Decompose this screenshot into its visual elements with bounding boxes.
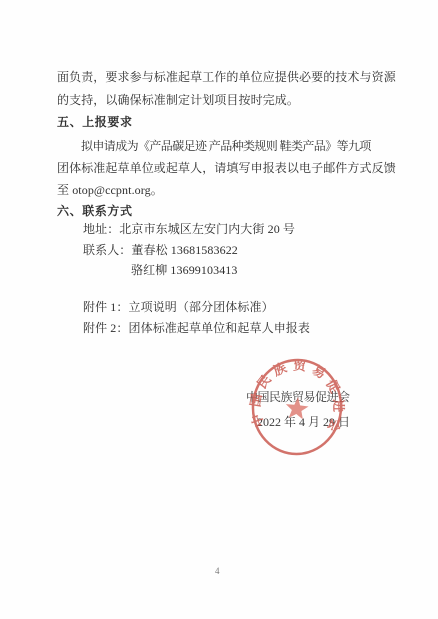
address-line: 地址：北京市东城区左安门内大街 20 号	[83, 222, 295, 236]
body-line: 面负责，要求参与标准起草工作的单位应提供必要的技术与资源	[57, 70, 396, 84]
body-line: 拟申请成为《产品碳足迹 产品种类规则 鞋类产品》等九项	[81, 139, 371, 153]
attachment-item: 附件 1：立项说明（部分团体标准）	[83, 300, 274, 314]
body-line-email: 至 otop@ccpnt.org。	[57, 183, 163, 197]
section-heading-contact: 六、联系方式	[57, 204, 133, 218]
attachment-item: 附件 2：团体标准起草单位和起草人申报表	[83, 321, 310, 335]
body-line: 的支持，以确保标准制定计划项目按时完成。	[57, 93, 299, 107]
section-heading-report: 五、上报要求	[57, 115, 133, 129]
contact-line: 骆红柳 13699103413	[131, 263, 238, 277]
contact-line: 联系人：董春松 13681583622	[83, 243, 238, 257]
signature-organization: 中国民族贸易促进会	[246, 388, 350, 405]
page-number: 4	[215, 566, 220, 576]
signature-date: 2022 年 4 月 29 日	[257, 413, 350, 430]
document-page: 面负责，要求参与标准起草工作的单位应提供必要的技术与资源 的支持，以确保标准制定…	[0, 0, 438, 619]
body-line: 团体标准起草单位或起草人，请填写申报表以电子邮件方式反馈	[57, 161, 396, 175]
official-seal: 中国民族贸易促进会	[234, 344, 359, 469]
seal-ring	[248, 356, 345, 459]
